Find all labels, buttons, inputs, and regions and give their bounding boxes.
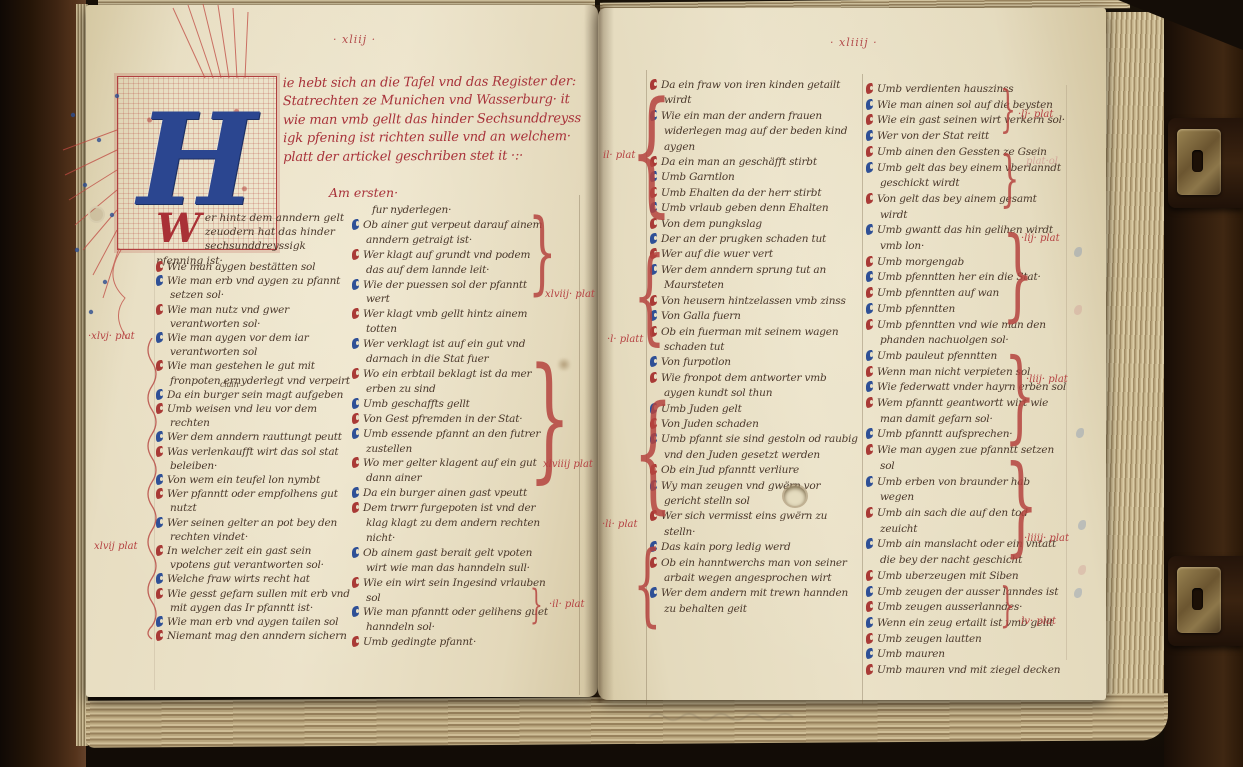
list-item: Niemant mag den anndern sichern [156,629,352,643]
paraph-mark-icon [866,287,873,298]
margin-note: ·liiij· plat [1024,533,1069,544]
rubric-heading: ie hebt sich an die Tafel vnd das Regist… [283,73,604,167]
list-item: Wer seinen gelter an pot bey den rechten… [156,516,352,544]
paraph-mark-icon [866,601,873,612]
list-item: Ob ainer gut verpeut darauf ainem annder… [352,218,548,248]
list-item: Umb zeugen der ausser lanndes ist [866,585,1066,601]
entry-text: Umb zeugen lautten [877,633,982,645]
entry-text: Dem trwrr furgepoten ist vnd der klag kl… [363,502,540,544]
list-item: Umb pfenntten auf wan [866,286,1066,302]
list-item: Wie man aygen vor dem iar verantworten s… [156,331,352,359]
list-item: Wie man gestehen le gut mit fronpoten er… [156,359,352,387]
entry-text: Was verlenkaufft wirt das sol stat belei… [167,446,338,472]
entry-text: Der an der prugken schaden tut [661,233,826,245]
list-item: Dem trwrr furgepoten ist vnd der klag kl… [352,501,548,546]
list-item: Umb Juden gelt [650,402,858,417]
paraph-mark-icon [352,219,359,230]
margin-brace [1004,346,1036,446]
entry-text: Wer dem anndern sprung tut an Maursteten [661,264,826,291]
list-item: Von gelt das bey ainem gesamt wirdt [866,192,1066,223]
paraph-mark-icon [866,648,873,659]
paraph-mark-icon [866,146,873,157]
margin-note: xlviij· plat [545,289,595,300]
list-item: Wy man zeugen vnd gwërn vor gericht stel… [650,479,858,510]
entry-text: Umb pauleut pfenntten [877,350,997,362]
paraph-mark-icon [866,271,873,282]
entry-text: Wo mer gelter klagent auf ein gut dann a… [363,457,537,484]
entry-text: Umb weisen vnd leu vor dem rechten [167,403,317,429]
entry-text: Umb zeugen der ausser lanndes ist [877,586,1058,598]
entry-text: Wie man erb vnd aygen zu pfannt setzen s… [167,275,340,301]
paraph-mark-icon [352,502,359,513]
clasp-slot [1192,150,1203,172]
book-clasp-bottom [1168,556,1243,646]
margin-note: ·lij· plat [1021,233,1060,244]
paraph-mark-icon [352,547,359,558]
entry-text: Ob ein hanntwerchs man von seiner arbait… [661,557,847,584]
entry-text: Welche fraw wirts recht hat [167,573,310,585]
left-column-1: Wie man aygen bestätten sol Wie man erb … [156,260,352,643]
margin-bracket-line [144,338,162,640]
list-item: Welche fraw wirts recht hat [156,572,352,586]
paraph-mark-icon [866,664,873,675]
entry-text: Von Juden schaden [661,418,759,430]
margin-note: ·liij· plat [1026,374,1068,385]
clasp-slot [1192,588,1203,610]
paraph-mark-icon [866,428,873,439]
paraph-mark-icon [352,338,359,349]
paraph-mark-icon [866,617,873,628]
entry-text: Wie fronpot dem antworter vmb aygen kund… [661,372,827,399]
entry-text: Umb essende pfannt an den futrer zustell… [363,428,540,455]
stain [556,358,572,371]
entry-text: Wer verklagt ist auf ein gut vnd darnach… [363,338,525,365]
rubric-line: wie man vmb gellt das hinder Sechsunddre… [283,110,603,131]
folio-number-left: · xliij · [333,33,376,46]
list-item: Wer von der Stat reitt [866,129,1066,145]
list-item: Umb geschaffts gellt [352,397,548,412]
paraph-mark-icon [866,444,873,455]
entry-text: Da ein man an geschäfft stirbt [661,156,817,168]
entry-text: Umb mauren vnd mit ziegel decken [877,664,1060,676]
list-item: Von dem pungkslag [650,217,858,232]
margin-brace [530,585,543,625]
worm-hole [88,206,105,223]
paraph-mark-icon [866,99,873,110]
list-item: Wer dem anndern rauttungt peutt [156,430,352,444]
interlinear-gloss: clain [220,381,239,389]
list-item: Umb Garntlon [650,170,858,185]
drop-cap: W [156,213,201,245]
list-item: clainDa ein burger sein magt aufgeben [156,388,352,402]
list-item: Umb pauleut pfenntten [866,349,1066,365]
list-item: Umb pfenntten [866,302,1066,318]
margin-note: xlvij plat [94,541,138,552]
entry-text: Umb verdienten hauszinss [877,83,1013,95]
paraph-mark-icon [866,319,873,330]
list-item: Umb mauren [866,647,1066,663]
bottom-page-edges [86,693,1168,748]
paraph-mark-icon [352,487,359,498]
entry-text: Wie ein wirt sein Ingesind vrlauben sol [363,577,546,604]
entry-text: fur nyderlegen· [372,204,451,216]
entry-text: Ob ein Jud pfanntt verliure [661,464,799,476]
margin-brace [1000,582,1015,629]
list-item: Das kain porg ledig werd [650,540,858,555]
list-item: Wo mer gelter klagent auf ein gut dann a… [352,456,548,486]
entry-text: Umb ainen den Gessten ze Gsein [877,146,1047,158]
paraph-mark-icon [352,428,359,439]
ruling-line [1066,85,1067,660]
list-item: Wer klagt vmb gellt hintz ainem totten [352,307,548,337]
list-item: Wie man erb vnd aygen zu pfannt setzen s… [156,274,352,302]
entry-text: Niemant mag den anndern sichern [167,630,347,642]
paraph-mark-icon [866,538,873,549]
right-column-1: Da ein fraw von iren kinden getailt wird… [650,78,858,617]
list-item: Umb weisen vnd leu vor dem rechten [156,402,352,430]
rubric-line: igk pfening ist richten sulle vnd an wel… [283,128,603,149]
left-column-2: fur nyderlegen· Ob ainer gut verpeut dar… [352,203,548,650]
entry-text: Umb geschaffts gellt [363,398,470,410]
list-item: Was verlenkaufft wirt das sol stat belei… [156,445,352,473]
paraph-mark-icon [866,256,873,267]
entry-text: Da ein burger ainen gast vpeutt [363,487,527,499]
entry-text: Von heusern hintzelassen vmb zinss [661,295,846,307]
paraph-mark-icon [866,507,873,518]
list-item: Wer dem andern mit trewn hannden zu beha… [650,586,858,617]
entry-text: Wer pfanntt oder empfolhens gut nutzt [167,488,338,514]
paraph-mark-icon [352,308,359,319]
entry-text: Wer dem andern mit trewn hannden zu beha… [661,587,848,614]
paraph-mark-icon [352,398,359,409]
manuscript-photo: { "manuscript": { "left_folio": "\u00b7 … [0,0,1243,767]
entry-text: Wer sich vermisst eins gwërn zu stelln· [661,510,827,537]
entry-text: Umb pfannt sie sind gestoln od raubig vn… [661,433,858,460]
margin-note: ·xlvj· plat [88,331,135,342]
list-item: Wie der puessen sol der pfanntt wert [352,278,548,308]
paraph-mark-icon [866,397,873,408]
entry-text: Von furpotlon [661,356,731,368]
paraph-mark-icon [866,586,873,597]
list-item: Von Gest pfremden in der Stat· [352,412,548,427]
list-item: Wie man erb vnd aygen tailen sol [156,615,352,629]
entry-text: Umb pfenntten auf wan [877,287,999,299]
ruling-line [862,74,863,704]
margin-note: ·lv· plat [1018,616,1056,627]
entry-text: Ob ein fuerman mit seinem wagen schaden … [661,326,838,353]
book-clasp-top [1168,118,1243,208]
list-item: Umb pfenntten vnd wie man den phanden na… [866,318,1066,349]
entry-text: Wer seinen gelter an pot bey den rechten… [167,517,337,543]
margin-note-showthrough: plat·ol [1026,156,1058,167]
entry-text: Umb gedingte pfannt· [363,636,476,648]
margin-brace [633,243,666,347]
list-item: Wie ein wirt sein Ingesind vrlauben sol [352,576,548,606]
list-item: Der an der prugken schaden tut [650,232,858,247]
paraph-mark-icon [352,413,359,424]
list-item: Von Juden schaden [650,417,858,432]
entry-text: Umb mauren [877,648,945,660]
list-item: Ob ein fuerman mit seinem wagen schaden … [650,325,858,356]
paraph-mark-icon [866,476,873,487]
list-item: Umb pfenntten her ein die Stat· [866,270,1066,286]
paraph-mark-icon [866,224,873,235]
list-item: Wem pfanntt geantwortt wirt wie man dami… [866,396,1066,427]
entry-text: Wie ein man der andern frauen widerlegen… [661,110,847,153]
list-item: Umb vrlaub geben denn Ehalten [650,201,858,216]
entry-text: Das kain porg ledig werd [661,541,790,553]
entry-text: Wie man nutz vnd gwer verantworten sol· [167,304,289,330]
list-item: Umb zeugen ausserlanndes· [866,600,1066,616]
entry-text: In welcher zeit ein gast sein vpotens gu… [167,545,324,571]
list-item: In welcher zeit ein gast sein vpotens gu… [156,544,352,572]
margin-note: ·il· plat [549,599,585,610]
entry-text: Wie man erb vnd aygen tailen sol [167,616,338,628]
margin-brace [630,84,673,219]
paraph-mark-icon [866,303,873,314]
list-item: Umb morgengab [866,255,1066,271]
paraph-mark-icon [650,356,657,367]
entry-text: Umb morgengab [877,256,964,268]
margin-brace [1000,84,1016,134]
list-item: Wer pfanntt oder empfolhens gut nutzt [156,487,352,515]
list-item: Umb essende pfannt an den futrer zustell… [352,427,548,457]
paraph-mark-icon [866,570,873,581]
list-item: Da ein burger ainen gast vpeutt [352,486,548,501]
rubric-line: Statrechten ze Munichen vnd Wasserburg· … [283,91,603,112]
entry-text: Von dem pungkslag [661,218,762,230]
entry-text: Wer dem anndern rauttungt peutt [167,431,342,443]
paraph-mark-icon [352,606,359,617]
list-item: Umb Ehalten da der herr stirbt [650,186,858,201]
entry-text: Wie man gestehen le gut mit fronpoten er… [167,360,350,386]
parchment-hole [784,486,806,506]
paraph-mark-icon [866,130,873,141]
margin-brace [633,540,662,630]
paraph-mark-icon [866,193,873,204]
ruling-line [579,195,580,695]
list-item: Umb mauren vnd mit ziegel decken [866,663,1066,679]
entry-text: Wie gesst gefarn sullen mit erb vnd mit … [167,588,350,614]
margin-note: ·lj· plat [1018,109,1053,120]
paraph-mark-icon [866,381,873,392]
entry-text: Umb vrlaub geben denn Ehalten [661,202,828,214]
entry-text: Umb Ehalten da der herr stirbt [661,187,821,199]
paraph-mark-icon [866,114,873,125]
paraph-mark-icon [352,457,359,468]
list-item: Ob ein Jud pfanntt verliure [650,463,858,478]
paraph-mark-icon [156,261,163,272]
faded-inscription [645,708,815,724]
entry-text: Wer von der Stat reitt [877,130,989,142]
list-item: Umb uberzeugen mit Siben [866,569,1066,585]
list-item: Wie man aygen bestätten sol [156,260,352,274]
folio-number-right: · xliiij · [830,36,878,49]
entry-text: Wie man aygen vor dem iar verantworten s… [167,332,309,358]
list-item: Wie man pfanntt oder gelihens guet hannd… [352,605,548,635]
entry-text: Da ein fraw von iren kinden getailt wird… [661,79,840,106]
list-item: Wer dem anndern sprung tut an Maursteten [650,263,858,294]
paraph-mark-icon [866,633,873,644]
entry-text: Umb uberzeugen mit Siben [877,570,1018,582]
list-item: Umb pfannt sie sind gestoln od raubig vn… [650,432,858,463]
rubric-line: platt der artickel geschriben stet it ·:… [283,147,603,168]
list-item: Von wem ein teufel lon nymbt [156,473,352,487]
list-item: Wer verklagt ist auf ein gut vnd darnach… [352,337,548,367]
list-item: Wer klagt auf grundt vnd podem das auf d… [352,248,548,278]
list-item: Umb verdienten hauszinss [866,82,1066,98]
margin-brace [1000,148,1019,209]
margin-note: il· plat [603,150,635,161]
paraph-mark-icon [156,304,163,315]
list-item: Wie fronpot dem antworter vmb aygen kund… [650,371,858,402]
margin-brace [633,390,673,516]
right-book-cover [1164,0,1243,767]
list-item: Von Galla fuern [650,309,858,324]
paraph-mark-icon [352,249,359,260]
entry-text: Von Gest pfremden in der Stat· [363,413,522,425]
section-heading: Am ersten· [329,185,398,200]
entry-text: Umb pfanntt aufsprechen· [877,428,1012,440]
list-item: Umb pfanntt aufsprechen· [866,427,1066,443]
paraph-mark-icon [352,577,359,588]
list-item: Ob ainem gast berait gelt vpoten wirt wi… [352,546,548,576]
list-item: Da ein man an geschäfft stirbt [650,155,858,170]
list-item: Ob ein hanntwerchs man von seiner arbait… [650,556,858,587]
entry-text: Von Galla fuern [661,310,741,322]
paraph-mark-icon [352,368,359,379]
list-item: Von heusern hintzelassen vmb zinss [650,294,858,309]
entry-text: Wer auf die wuer vert [661,248,773,260]
list-item: Wie ein man der andern frauen widerlegen… [650,109,858,155]
list-item: Wer sich vermisst eins gwërn zu stelln· [650,509,858,540]
entry-text: Ob ainer gut verpeut darauf ainem annder… [363,219,542,246]
margin-note: xlviiij plat [543,459,593,470]
fore-edge-page-stack [1104,12,1168,718]
entry-text: Wie man aygen bestätten sol [167,261,315,273]
paraph-mark-icon [156,275,163,286]
entry-text: Von wem ein teufel lon nymbt [167,474,320,486]
list-item: Wo ein erbtail beklagt ist da mer erben … [352,367,548,397]
margin-brace [528,208,557,298]
entry-text: Wie man pfanntt oder gelihens guet hannd… [363,606,548,633]
list-item: Da ein fraw von iren kinden getailt wird… [650,78,858,109]
paraph-mark-icon [866,162,873,173]
list-item: Wie man nutz vnd gwer verantworten sol· [156,303,352,331]
list-item: Wer auf die wuer vert [650,247,858,262]
entry-text: Umb pfenntten [877,303,955,315]
list-item: Von furpotlon [650,355,858,370]
paraph-mark-icon [352,636,359,647]
paraph-mark-icon [866,350,873,361]
rubric-line: ie hebt sich an die Tafel vnd das Regist… [283,73,603,94]
list-item: fur nyderlegen· [352,203,548,218]
margin-note: ·l· platt [607,334,643,345]
entry-text: Wo ein erbtail beklagt ist da mer erben … [363,368,531,395]
paraph-mark-icon [866,366,873,377]
entry-text: Wer klagt vmb gellt hintz ainem totten [363,308,527,335]
entry-text: Wer klagt auf grundt vnd podem das auf d… [363,249,530,276]
entry-text: Wie der puessen sol der pfanntt wert [363,279,527,306]
list-item: Wie gesst gefarn sullen mit erb vnd mit … [156,587,352,615]
entry-text: Ob ainem gast berait gelt vpoten wirt wi… [363,547,532,574]
margin-note: ·li· plat [602,519,638,530]
entry-text: Da ein burger sein magt aufgeben [167,389,343,401]
paraph-mark-icon [866,83,873,94]
list-item: Umb zeugen lautten [866,632,1066,648]
list-item: Umb gedingte pfannt· [352,635,548,650]
paraph-mark-icon [352,279,359,290]
